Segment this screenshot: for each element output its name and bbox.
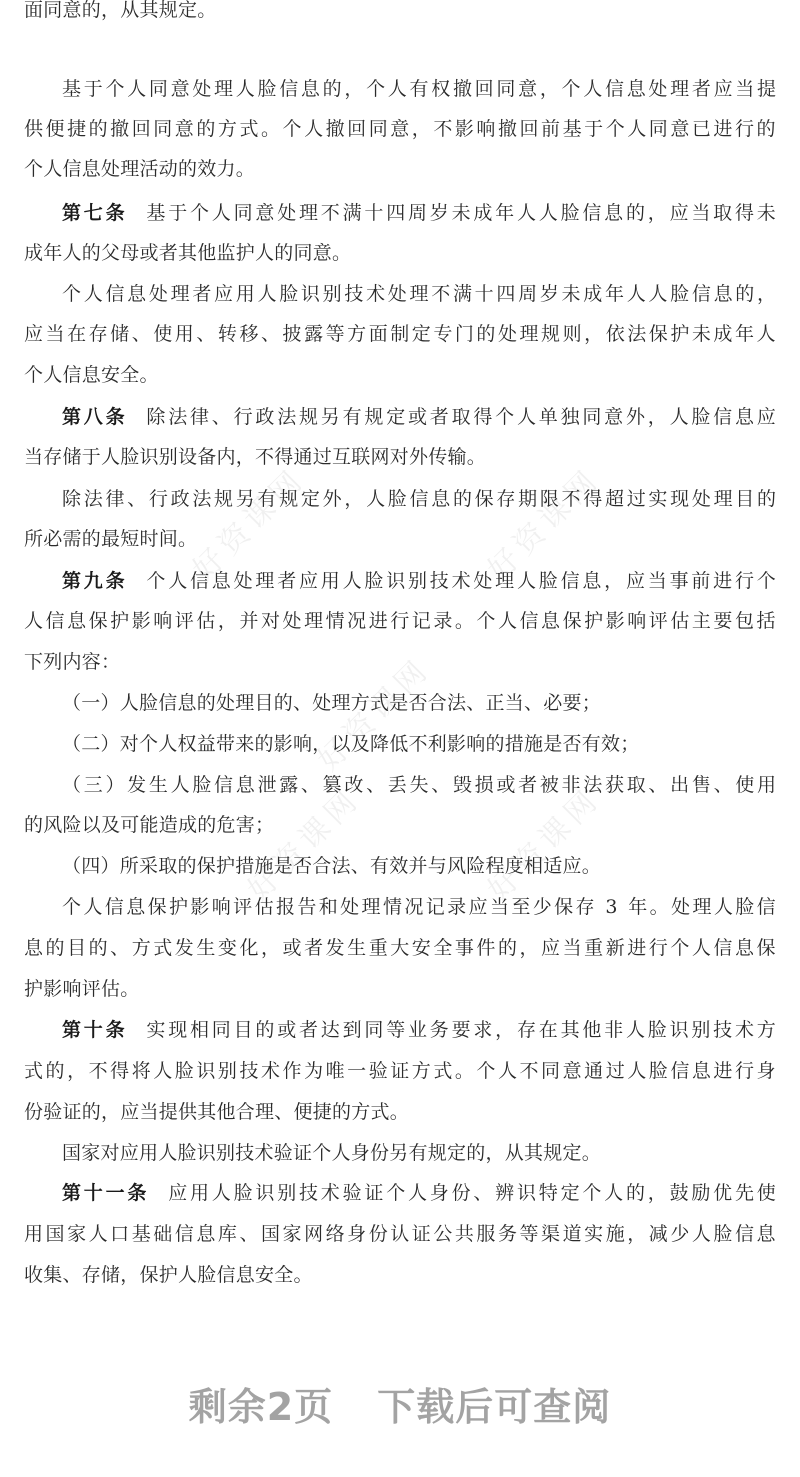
line-text: 人信息保护影响评估，并对处理情况进行记录。个人信息保护影响评估主要包括 <box>24 610 778 632</box>
paragraph-line: 下列内容： <box>24 650 120 674</box>
paragraph-line: 面同意的，从其规定。 <box>24 0 217 22</box>
paragraph-line: 息的目的、方式发生变化，或者发生重大安全事件的，应当重新进行个人信息保 <box>24 936 778 960</box>
paragraph-line: 当存储于人脸识别设备内，不得通过互联网对外传输。 <box>24 445 486 469</box>
paragraph-line: 个人信息处理者应用人脸识别技术处理不满十四周岁未成年人人脸信息的， <box>62 282 779 306</box>
paragraph-line: 基于个人同意处理人脸信息的，个人有权撤回同意，个人信息处理者应当提 <box>62 77 779 101</box>
paragraph-line: 护影响评估。 <box>24 977 140 1001</box>
article-number: 第十一条 <box>62 1182 149 1204</box>
line-text: 个人信息安全。 <box>24 364 159 386</box>
paragraph-line: 第七条基于个人同意处理不满十四周岁未成年人人脸信息的，应当取得未 <box>62 201 779 225</box>
line-text: 供便捷的撤回同意的方式。个人撤回同意，不影响撤回前基于个人同意已进行的 <box>24 118 778 140</box>
line-text: 个人信息保护影响评估报告和处理情况记录应当至少保存 3 年。处理人脸信 <box>62 896 778 918</box>
paragraph-line: （三）发生人脸信息泄露、篡改、丢失、毁损或者被非法获取、出售、使用 <box>62 773 779 797</box>
paragraph-line: 应当在存储、使用、转移、披露等方面制定专门的处理规则，依法保护未成年人 <box>24 322 778 346</box>
paragraph-line: 供便捷的撤回同意的方式。个人撤回同意，不影响撤回前基于个人同意已进行的 <box>24 117 778 141</box>
line-text: 用国家人口基础信息库、国家网络身份认证公共服务等渠道实施，减少人脸信息 <box>24 1223 778 1245</box>
paragraph-line: 第八条除法律、行政法规另有规定或者取得个人单独同意外，人脸信息应 <box>62 405 779 429</box>
paragraph-line: 第十一条应用人脸识别技术验证个人身份、辨识特定个人的，鼓励优先使 <box>62 1181 779 1205</box>
paragraph-line: 个人信息处理活动的效力。 <box>24 157 255 181</box>
line-text: （二）对个人权益带来的影响，以及降低不利影响的措施是否有效； <box>62 733 640 755</box>
remaining-pages-label: 剩余2页 <box>189 1376 333 1431</box>
paragraph-line: 除法律、行政法规另有规定外，人脸信息的保存期限不得超过实现处理目的 <box>62 487 779 511</box>
paragraph-line: 人信息保护影响评估，并对处理情况进行记录。个人信息保护影响评估主要包括 <box>24 609 778 633</box>
paragraph-line: （二）对个人权益带来的影响，以及降低不利影响的措施是否有效； <box>62 732 640 756</box>
paragraph-line: （一）人脸信息的处理目的、处理方式是否合法、正当、必要； <box>62 691 601 715</box>
line-text: 的风险以及可能造成的危害； <box>24 814 274 836</box>
line-text: 实现相同目的或者达到同等业务要求，存在其他非人脸识别技术方 <box>146 1019 778 1041</box>
paragraph-line: 用国家人口基础信息库、国家网络身份认证公共服务等渠道实施，减少人脸信息 <box>24 1222 778 1246</box>
paragraph-line: 第九条个人信息处理者应用人脸识别技术处理人脸信息，应当事前进行个 <box>62 569 779 593</box>
paragraph-line: 式的，不得将人脸识别技术作为唯一验证方式。个人不同意通过人脸信息进行身 <box>24 1059 778 1083</box>
line-text: 个人信息处理活动的效力。 <box>24 158 255 180</box>
line-text: （四）所采取的保护措施是否合法、有效并与风险程度相适应。 <box>62 855 601 877</box>
line-text: （三）发生人脸信息泄露、篡改、丢失、毁损或者被非法获取、出售、使用 <box>62 774 779 796</box>
line-text: 护影响评估。 <box>24 978 140 1000</box>
paragraph-line: 收集、存储，保护人脸信息安全。 <box>24 1263 313 1287</box>
download-prompt[interactable]: 剩余2页下载后可查阅 <box>0 1376 800 1431</box>
line-text: 个人信息处理者应用人脸识别技术处理人脸信息，应当事前进行个 <box>146 570 778 592</box>
line-text: 当存储于人脸识别设备内，不得通过互联网对外传输。 <box>24 446 486 468</box>
download-to-view-label: 下载后可查阅 <box>377 1376 611 1431</box>
line-text: 个人信息处理者应用人脸识别技术处理不满十四周岁未成年人人脸信息的， <box>62 283 779 305</box>
line-text: 除法律、行政法规另有规定外，人脸信息的保存期限不得超过实现处理目的 <box>62 488 779 510</box>
line-text: 除法律、行政法规另有规定或者取得个人单独同意外，人脸信息应 <box>146 406 778 428</box>
article-number: 第十条 <box>62 1019 127 1041</box>
line-text: （一）人脸信息的处理目的、处理方式是否合法、正当、必要； <box>62 692 601 714</box>
line-text: 基于个人同意处理人脸信息的，个人有权撤回同意，个人信息处理者应当提 <box>62 78 779 100</box>
line-text: 应用人脸识别技术验证个人身份、辨识特定个人的，鼓励优先使 <box>168 1182 778 1204</box>
line-text: 式的，不得将人脸识别技术作为唯一验证方式。个人不同意通过人脸信息进行身 <box>24 1060 778 1082</box>
article-number: 第九条 <box>62 570 127 592</box>
line-text: 基于个人同意处理不满十四周岁未成年人人脸信息的，应当取得未 <box>146 202 778 224</box>
line-text: 国家对应用人脸识别技术验证个人身份另有规定的，从其规定。 <box>62 1142 601 1164</box>
paragraph-line: 的风险以及可能造成的危害； <box>24 813 274 837</box>
line-text: 成年人的父母或者其他监护人的同意。 <box>24 242 351 264</box>
line-text: 收集、存储，保护人脸信息安全。 <box>24 1264 313 1286</box>
line-text: 份验证的，应当提供其他合理、便捷的方式。 <box>24 1101 409 1123</box>
line-text: 应当在存储、使用、转移、披露等方面制定专门的处理规则，依法保护未成年人 <box>24 323 778 345</box>
paragraph-line: 成年人的父母或者其他监护人的同意。 <box>24 241 351 265</box>
paragraph-line: 个人信息保护影响评估报告和处理情况记录应当至少保存 3 年。处理人脸信 <box>62 895 778 919</box>
paragraph-line: 个人信息安全。 <box>24 363 159 387</box>
article-number: 第七条 <box>62 202 127 224</box>
paragraph-line: 国家对应用人脸识别技术验证个人身份另有规定的，从其规定。 <box>62 1141 601 1165</box>
paragraph-line: 所必需的最短时间。 <box>24 527 197 551</box>
line-text: 息的目的、方式发生变化，或者发生重大安全事件的，应当重新进行个人信息保 <box>24 937 778 959</box>
line-text: 下列内容： <box>24 651 120 673</box>
line-text: 面同意的，从其规定。 <box>24 0 217 21</box>
article-number: 第八条 <box>62 406 127 428</box>
paragraph-line: 份验证的，应当提供其他合理、便捷的方式。 <box>24 1100 409 1124</box>
line-text: 所必需的最短时间。 <box>24 528 197 550</box>
paragraph-line: 第十条实现相同目的或者达到同等业务要求，存在其他非人脸识别技术方 <box>62 1018 779 1042</box>
paragraph-line: （四）所采取的保护措施是否合法、有效并与风险程度相适应。 <box>62 854 601 878</box>
